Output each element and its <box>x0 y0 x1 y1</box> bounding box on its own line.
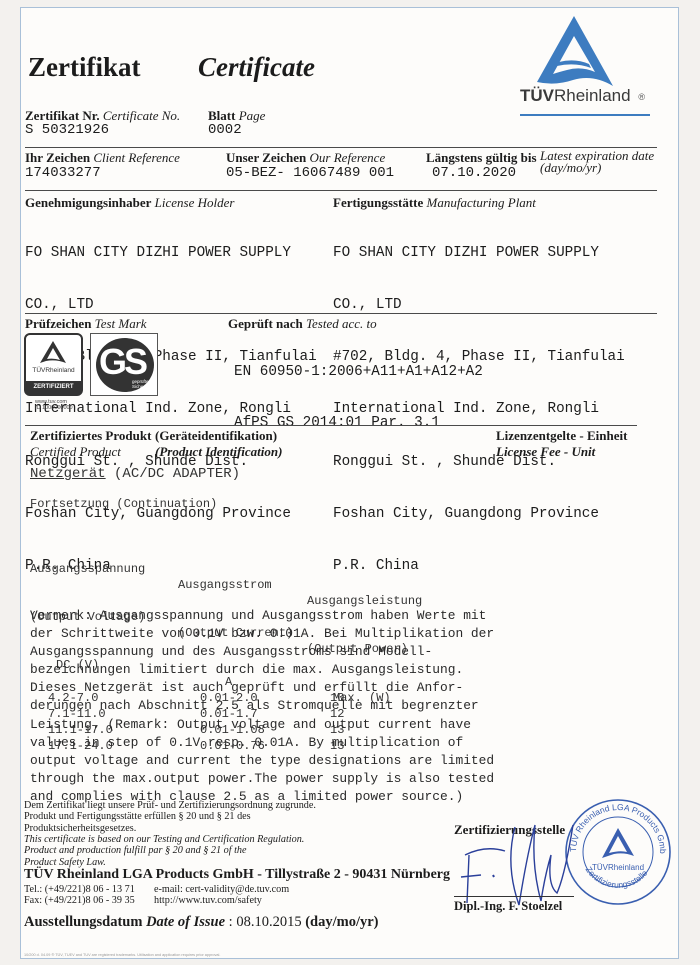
remark-line: through the max.output power.The power s… <box>30 770 494 788</box>
issuer-fax: Fax: (+49/221)8 06 - 39 35 <box>24 895 135 906</box>
expiry-label-en: Latest expiration date(day/mo/yr) <box>540 150 654 174</box>
our-reference: 05-BEZ- 16067489 001 <box>226 165 394 181</box>
expiry-date: 07.10.2020 <box>432 165 516 181</box>
remark-text: Vermerk: Ausgangsspannung und Ausgangsst… <box>30 607 494 806</box>
remark-line: der Schrittweite von 0.1V bzw. 0.01A. Be… <box>30 625 494 643</box>
date-of-issue: Ausstellungsdatum Date of Issue : 08.10.… <box>24 914 378 931</box>
registered-mark: ® <box>638 92 645 102</box>
remark-line: values in step of 0.1V resp. 0.01A. By m… <box>30 734 494 752</box>
logo-underline <box>520 114 650 116</box>
expiry-label: Längstens gültig bis <box>426 150 537 166</box>
remark-line: Dieses Netzgerät ist auch geprüft und er… <box>30 679 494 697</box>
remark-line: output voltage and current the type desi… <box>30 752 494 770</box>
page-number: 0002 <box>208 122 242 138</box>
tuv-mark-triangle-icon <box>26 335 81 367</box>
tuv-rheinland-logo: ® TÜVRheinland <box>505 14 655 116</box>
legal-german: Dem Zertifikat liegt unsere Prüf- und Ze… <box>24 800 316 834</box>
certificate-no: S 50321926 <box>25 122 109 138</box>
divider <box>25 425 637 426</box>
title-german: Zertifikat <box>28 52 140 83</box>
legal-english: This certificate is based on our Testing… <box>24 834 304 868</box>
test-mark-id: ID 1000000000 <box>35 405 73 411</box>
ratings-continuation: Fortsetzung (Continuation) <box>30 496 217 512</box>
table-header-row: Ausgangsspannung Ausgangsstrom Ausgangsl… <box>30 544 470 560</box>
client-reference: 174033277 <box>25 165 101 181</box>
divider <box>25 313 657 314</box>
gs-mark-letters: GS <box>99 340 145 384</box>
our-reference-label: Unser Zeichen Our Reference <box>226 150 385 166</box>
issuer-name: TÜV Rheinland LGA Products GmbH - Tillys… <box>24 867 450 883</box>
svg-text:TÜVRheinland: TÜVRheinland <box>592 863 644 872</box>
product-name: Netzgerät (AC/DC ADAPTER) <box>30 466 240 482</box>
tuv-mark-brand: TÜVRheinland <box>26 367 81 374</box>
issuer-website[interactable]: http://www.tuv.com/safety <box>154 895 262 906</box>
tuv-mark-badge: ZERTIFIZIERT <box>26 381 81 394</box>
tuv-certified-mark: TÜVRheinland ZERTIFIZIERT <box>24 333 83 396</box>
divider <box>25 190 657 191</box>
logo-wordmark: TÜVRheinland <box>520 86 655 106</box>
remark-line: Leistung. (Remark: Output voltage and ou… <box>30 716 494 734</box>
signature-line <box>454 896 574 897</box>
remark-line: bezeichnungen limitiert durch die max. A… <box>30 661 494 679</box>
gs-mark-subtitle: geprüfte Sicherheit <box>132 379 152 389</box>
remark-line: Vermerk: Ausgangsspannung und Ausgangsst… <box>30 607 494 625</box>
trademark-fine-print: 10/200 d. 04.09 ® TÜV, TUEV and TUV are … <box>24 953 220 957</box>
tuv-triangle-icon <box>533 14 615 92</box>
license-holder-label: Genehmigungsinhaber License Holder <box>25 195 234 211</box>
issuer-email[interactable]: e-mail: cert-validity@de.tuv.com <box>154 884 289 895</box>
signatory-name: Dipl.-Ing. F. Stoelzel <box>454 899 562 914</box>
issuer-tel: Tel.: (+49/221)8 06 - 13 71 <box>24 884 135 895</box>
client-reference-label: Ihr Zeichen Client Reference <box>25 150 180 166</box>
remark-line: derungen nach Abschnitt 2.5 als Stromque… <box>30 697 494 715</box>
remark-line: Ausgangsspannung und des Ausgangsstroms … <box>30 643 494 661</box>
license-fee-label: Lizenzentgelte - Einheit License Fee - U… <box>496 428 627 460</box>
certified-product-label: Zertifiziertes Produkt Certified Product <box>30 428 151 460</box>
manufacturing-plant-label: Fertigungsstätte Manufacturing Plant <box>333 195 536 211</box>
gs-mark: GS geprüfte Sicherheit <box>90 333 158 396</box>
standard-item: EN 60950-1:2006+A11+A1+A12+A2 <box>234 364 483 381</box>
test-mark-label: Prüfzeichen Test Mark <box>25 316 147 332</box>
product-identification-label: (Geräteidentifikation) (Product Identifi… <box>155 428 282 460</box>
title-english: Certificate <box>198 52 315 83</box>
